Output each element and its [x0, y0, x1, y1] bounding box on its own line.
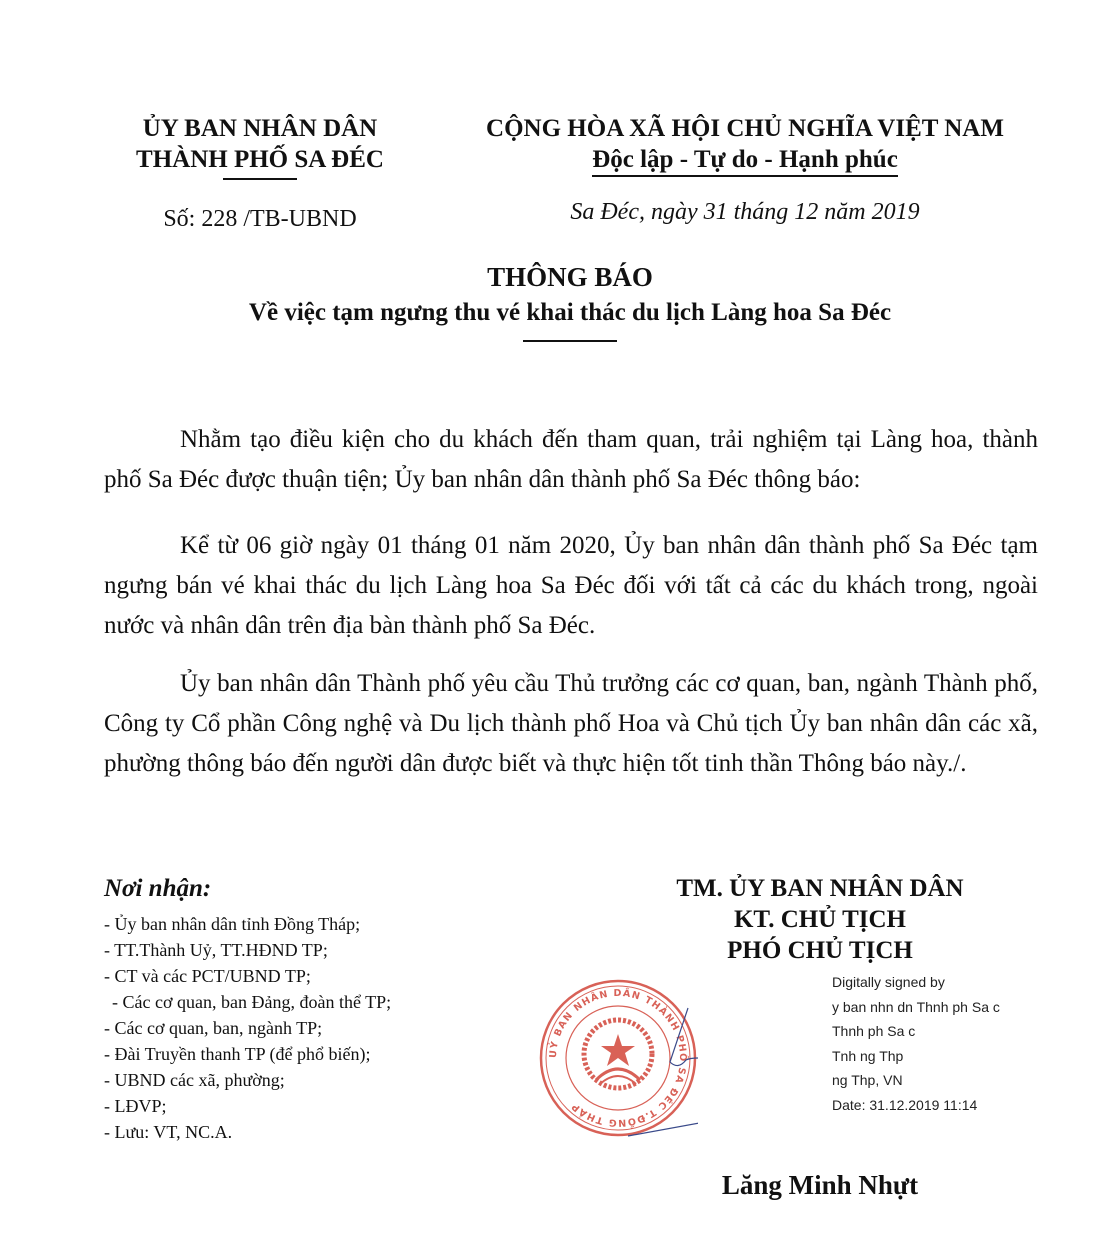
body-paragraph: Kể từ 06 giờ ngày 01 tháng 01 năm 2020, …	[104, 526, 1038, 646]
digital-signature-line: Tnh ng Thp	[832, 1044, 1042, 1069]
digital-signature-line: Thnh ph Sa c	[832, 1019, 1042, 1044]
document-subject: Về việc tạm ngưng thu vé khai thác du lị…	[100, 296, 1040, 330]
issuing-agency-block: ỦY BAN NHÂN DÂN THÀNH PHỐ SA ĐÉC Số: 228…	[100, 113, 420, 233]
document-body: Nhằm tạo điều kiện cho du khách đến tham…	[104, 420, 1038, 802]
digital-signature-line: Digitally signed by	[832, 970, 1042, 995]
digital-signature-line: y ban nhn dn Thnh ph Sa c	[832, 995, 1042, 1020]
place-date: Sa Đéc, ngày 31 tháng 12 năm 2019	[450, 199, 1040, 226]
official-seal-icon: UỶ BAN NHÂN DÂN THÀNH PHỐ SA ĐÉC T.ĐỒNG …	[538, 978, 698, 1138]
signatory-line2: KT. CHỦ TỊCH	[640, 904, 1000, 935]
document-type: THÔNG BÁO	[100, 260, 1040, 294]
agency-name-line2: THÀNH PHỐ SA ĐÉC	[100, 144, 420, 175]
signer-name: Lăng Minh Nhựt	[680, 1170, 960, 1201]
recipient-item: - Các cơ quan, ban Đảng, đoàn thể TP;	[104, 989, 504, 1015]
signatory-line3: PHÓ CHỦ TỊCH	[640, 935, 1000, 966]
document-number: Số: 228 /TB-UBND	[100, 206, 420, 233]
national-motto: Độc lập - Tự do - Hạnh phúc	[592, 144, 898, 177]
recipient-item: - CT và các PCT/UBND TP;	[104, 963, 504, 989]
national-header-block: CỘNG HÒA XÃ HỘI CHỦ NGHĨA VIỆT NAM Độc l…	[450, 113, 1040, 226]
recipient-item: - Ủy ban nhân dân tỉnh Đồng Tháp;	[104, 911, 504, 937]
digital-signature-date: Date: 31.12.2019 11:14	[832, 1093, 1042, 1118]
agency-name-line1: ỦY BAN NHÂN DÂN	[100, 113, 420, 144]
document-title-block: THÔNG BÁO Về việc tạm ngưng thu vé khai …	[100, 260, 1040, 342]
recipients-list: - Ủy ban nhân dân tỉnh Đồng Tháp; - TT.T…	[104, 911, 504, 1145]
recipient-item: - Các cơ quan, ban, ngành TP;	[104, 1015, 504, 1041]
title-divider	[523, 340, 617, 342]
recipient-item: - Đài Truyền thanh TP (để phổ biến);	[104, 1041, 504, 1067]
recipient-item: - Lưu: VT, NC.A.	[104, 1119, 504, 1145]
body-paragraph: Nhằm tạo điều kiện cho du khách đến tham…	[104, 420, 1038, 500]
recipients-heading: Nơi nhận:	[104, 873, 504, 905]
recipient-item: - TT.Thành Uỷ, TT.HĐND TP;	[104, 937, 504, 963]
body-paragraph: Ủy ban nhân dân Thành phố yêu cầu Thủ tr…	[104, 664, 1038, 784]
agency-divider	[223, 178, 297, 180]
signatory-line1: TM. ỦY BAN NHÂN DÂN	[640, 873, 1000, 904]
digital-signature-info: Digitally signed by y ban nhn dn Thnh ph…	[832, 970, 1042, 1117]
recipient-item: - UBND các xã, phường;	[104, 1067, 504, 1093]
national-title: CỘNG HÒA XÃ HỘI CHỦ NGHĨA VIỆT NAM	[450, 113, 1040, 144]
recipient-item: - LĐVP;	[104, 1093, 504, 1119]
digital-signature-line: ng Thp, VN	[832, 1068, 1042, 1093]
recipients-block: Nơi nhận: - Ủy ban nhân dân tỉnh Đồng Th…	[104, 873, 504, 1145]
signatory-title-block: TM. ỦY BAN NHÂN DÂN KT. CHỦ TỊCH PHÓ CHỦ…	[640, 873, 1000, 966]
